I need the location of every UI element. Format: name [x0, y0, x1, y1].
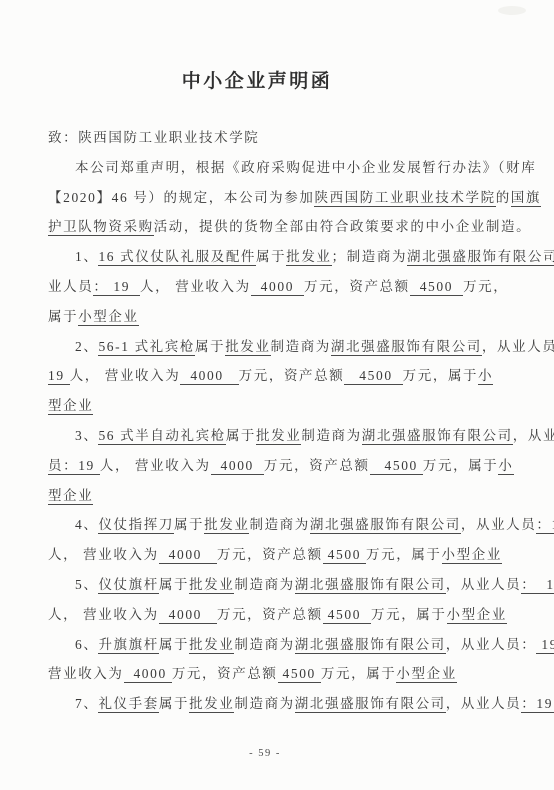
text-segment: 万元，属于 — [423, 458, 499, 473]
underlined-text: 湖北强盛服饰有限公司 — [295, 637, 446, 654]
underlined-text: 4000 — [180, 368, 238, 385]
text-segment: 致：陕西国防工业职业技术学院 — [48, 130, 259, 145]
text-line: 型企业 — [48, 481, 518, 511]
document-body: 致：陕西国防工业职业技术学院本公司郑重声明，根据《政府采购促进中小企业发展暂行办… — [48, 123, 518, 719]
text-segment: 3、 — [75, 428, 98, 443]
text-segment: 本公司郑重声明，根据《政府采购促进中小企业发展暂行办法》（财库 — [75, 160, 536, 175]
underlined-text: 4500 — [323, 607, 371, 624]
text-segment: ，从业人员 — [446, 696, 522, 711]
underlined-text: 4000 — [159, 547, 217, 564]
text-line: 人， 营业收入为 4000 万元，资产总额 4500 万元，属于小型企业 — [48, 600, 518, 630]
text-segment: 万元，属于 — [371, 607, 447, 622]
text-segment: 属于 — [159, 696, 189, 711]
underlined-text: 19 — [48, 368, 70, 385]
text-segment: 属于 — [226, 428, 256, 443]
text-segment: 属于 — [256, 249, 286, 264]
underlined-text: 小型企业 — [396, 666, 456, 683]
underlined-text: 4500 — [344, 368, 402, 385]
underlined-text: 56 式半自动礼宾枪 — [98, 428, 225, 445]
underlined-text: 型企业 — [48, 488, 93, 505]
text-line: 业人员： 19 人， 营业收入为 4000 万元，资产总额 4500 万元， — [48, 272, 518, 302]
text-segment: ，从业人员 — [461, 517, 537, 532]
underlined-text: 19 — [536, 637, 554, 654]
underlined-text: 4000 — [251, 279, 304, 296]
underlined-text: ： 19 — [93, 279, 140, 296]
text-segment: 人， 营业收入为 — [48, 607, 159, 622]
text-line: 本公司郑重声明，根据《政府采购促进中小企业发展暂行办法》（财库 — [48, 153, 518, 183]
page-number: - 59 - — [0, 748, 542, 759]
text-segment: 万元，属于 — [321, 666, 397, 681]
text-segment: 制造商为 — [234, 696, 294, 711]
underlined-text: 升旗旗杆 — [98, 637, 158, 654]
underlined-text: 批发业 — [189, 577, 234, 594]
underlined-text: 56-1 式礼宾枪 — [98, 339, 195, 356]
underlined-text: 16 式仪仗队礼服及配件 — [98, 249, 256, 266]
underlined-text: ：19 — [536, 517, 554, 534]
text-segment: 4、 — [75, 517, 98, 532]
underlined-text: 湖北强盛服饰有限公司 — [362, 428, 513, 445]
text-line: 护卫队物资采购活动，提供的货物全部由符合政策要求的中小企业制造。 — [48, 212, 518, 242]
text-line: 1、16 式仪仗队礼服及配件属于批发业；制造商为湖北强盛服饰有限公司，从 — [48, 242, 518, 272]
text-segment: 制造商为 — [301, 428, 361, 443]
text-segment: 1、 — [75, 249, 98, 264]
text-segment: 制造商为 — [271, 339, 331, 354]
underlined-text: 陕西国防工业职业技术学院 — [314, 190, 495, 207]
underlined-text: ：19 — [521, 696, 554, 713]
underlined-text: 湖北强盛服饰有限公司 — [295, 696, 446, 713]
text-line: 致：陕西国防工业职业技术学院 — [48, 123, 518, 153]
text-segment: 业人员 — [48, 279, 93, 294]
underlined-text: 4000 — [211, 458, 264, 475]
underlined-text: 礼仪手套 — [98, 696, 158, 713]
text-segment: 万元，资产总额 — [264, 458, 370, 473]
text-segment: 制造商为 — [234, 577, 294, 592]
underlined-text: 小 — [498, 458, 513, 475]
underlined-text: 仪仗指挥刀 — [98, 517, 174, 534]
text-segment: 万元，属于 — [403, 368, 479, 383]
underlined-text: 4500 — [278, 666, 321, 683]
text-line: 属于小型企业 — [48, 302, 518, 332]
underlined-text: 批发业 — [189, 696, 234, 713]
text-segment: 活动，提供的货物全部由符合政策要求的中小企业制造。 — [154, 219, 532, 234]
text-segment: 【2020】46 号）的规定，本公司为参加 — [48, 190, 314, 205]
text-line: 19 人， 营业收入为 4000 万元，资产总额 4500 万元，属于小 — [48, 361, 518, 391]
text-segment: 万元，属于 — [366, 547, 442, 562]
underlined-text: 批发业 — [189, 637, 234, 654]
underlined-text: 员：19 — [48, 458, 100, 475]
underlined-text: 护卫队物资采购 — [48, 219, 154, 236]
text-segment: 5、 — [75, 577, 98, 592]
text-line: 型企业 — [48, 391, 518, 421]
text-segment: 属于 — [159, 577, 189, 592]
text-line: 6、升旗旗杆属于批发业制造商为湖北强盛服饰有限公司，从业人员： 19 人， — [48, 630, 518, 660]
document-title: 中小企业声明函 — [0, 66, 534, 93]
text-segment: 人， 营业收入为 — [48, 547, 159, 562]
underlined-text: 批发业 — [286, 249, 331, 266]
underlined-text: 湖北强盛服饰有限公司 — [331, 339, 482, 356]
text-segment: 属于 — [174, 517, 204, 532]
underlined-text: 小 — [478, 368, 493, 385]
text-line: 人， 营业收入为 4000 万元，资产总额 4500 万元，属于小型企业 — [48, 540, 518, 570]
text-segment: ；制造商为 — [332, 249, 408, 264]
text-segment: 属于 — [159, 637, 189, 652]
underlined-text: 型企业 — [48, 398, 93, 415]
text-segment: ，从业人员 — [482, 339, 554, 354]
text-segment: 属于 — [195, 339, 225, 354]
text-segment: ，从业人员： — [446, 637, 537, 652]
text-segment: 人， 营业收入为 — [100, 458, 211, 473]
text-segment: ，从业人 — [513, 428, 554, 443]
text-line: 2、56-1 式礼宾枪属于批发业制造商为湖北强盛服饰有限公司，从业人员： — [48, 332, 518, 362]
text-segment: 人， 营业收入为 — [70, 368, 181, 383]
text-line: 4、仪仗指挥刀属于批发业制造商为湖北强盛服饰有限公司，从业人员：19 — [48, 510, 518, 540]
text-line: 7、礼仪手套属于批发业制造商为湖北强盛服饰有限公司，从业人员：19 人， — [48, 689, 518, 719]
text-segment: 万元，资产总额 — [239, 368, 345, 383]
underlined-text: 4000 — [124, 666, 172, 683]
text-segment: 万元，资产总额 — [217, 607, 323, 622]
text-line: 【2020】46 号）的规定，本公司为参加陕西国防工业职业技术学院的国旗 — [48, 183, 518, 213]
underlined-text: 小型企业 — [442, 547, 502, 564]
text-segment: 的 — [496, 190, 511, 205]
text-segment: ，从业人员 — [446, 577, 522, 592]
text-segment: 属于 — [48, 309, 78, 324]
text-segment: 制造商为 — [234, 637, 294, 652]
text-segment: 万元， — [463, 279, 508, 294]
underlined-text: 批发业 — [256, 428, 301, 445]
text-segment: 制造商为 — [249, 517, 309, 532]
underlined-text: 批发业 — [225, 339, 270, 356]
text-segment: 万元，资产总额 — [217, 547, 323, 562]
scan-artifact — [498, 6, 526, 15]
underlined-text: 4500 — [410, 279, 463, 296]
underlined-text: 仪仗旗杆 — [98, 577, 158, 594]
text-line: 员：19 人， 营业收入为 4000 万元，资产总额 4500 万元，属于小 — [48, 451, 518, 481]
text-segment: 7、 — [75, 696, 98, 711]
underlined-text: 湖北强盛服饰有限公司 — [407, 249, 554, 266]
underlined-text: 4500 — [323, 547, 366, 564]
text-line: 5、仪仗旗杆属于批发业制造商为湖北强盛服饰有限公司，从业人员： 19 — [48, 570, 518, 600]
underlined-text: 小型企业 — [78, 309, 138, 326]
underlined-text: 小型企业 — [447, 607, 507, 624]
underlined-text: 国旗 — [511, 190, 541, 207]
underlined-text: ： 19 — [521, 577, 554, 594]
underlined-text: 湖北强盛服饰有限公司 — [310, 517, 461, 534]
text-segment: 万元，资产总额 — [304, 279, 410, 294]
underlined-text: 4500 — [370, 458, 423, 475]
document-page: 中小企业声明函 致：陕西国防工业职业技术学院本公司郑重声明，根据《政府采购促进中… — [0, 0, 554, 790]
text-line: 3、56 式半自动礼宾枪属于批发业制造商为湖北强盛服饰有限公司，从业人 — [48, 421, 518, 451]
text-segment: 人， 营业收入为 — [140, 279, 251, 294]
text-segment: 2、 — [75, 339, 98, 354]
underlined-text: 批发业 — [204, 517, 249, 534]
text-segment: 营业收入为 — [48, 666, 124, 681]
underlined-text: 湖北强盛服饰有限公司 — [295, 577, 446, 594]
text-segment: 万元，资产总额 — [172, 666, 278, 681]
text-line: 营业收入为 4000 万元，资产总额 4500 万元，属于小型企业 — [48, 659, 518, 689]
underlined-text: 4000 — [159, 607, 217, 624]
text-segment: 6、 — [75, 637, 98, 652]
